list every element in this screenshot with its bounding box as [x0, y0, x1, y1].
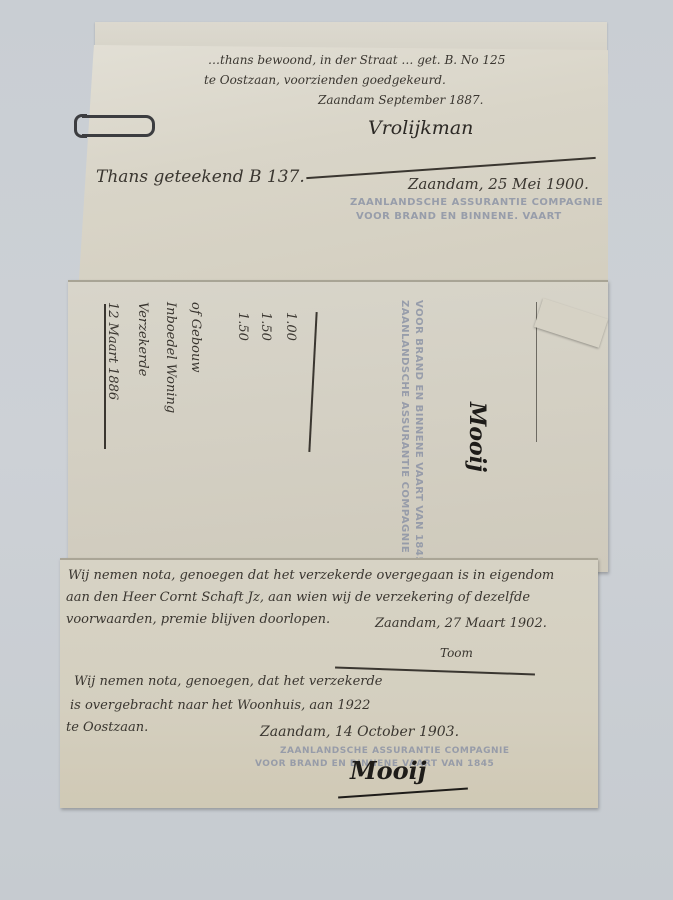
- paperclip-icon: [82, 115, 155, 137]
- amount: 1.50: [235, 312, 250, 341]
- document-top-panel: …thans bewoond, in der Straat … get. B. …: [78, 45, 608, 300]
- company-stamp-line: VOOR BRAND EN BINNENE VAART VAN 1845: [413, 300, 424, 564]
- ruled-line: [308, 312, 317, 452]
- rotated-text: Verzekerde: [135, 302, 150, 376]
- amount: 1.50: [258, 312, 273, 341]
- rotated-text: 12 Maart 1886: [105, 302, 120, 400]
- amount: 1.00: [283, 312, 298, 341]
- rotated-text: of Gebouw: [188, 302, 203, 373]
- document-middle-panel: 12 Maart 1886 Verzekerde Inboedel Woning…: [68, 280, 608, 572]
- handwritten-line: …thans bewoond, in der Straat … get. B. …: [208, 53, 505, 67]
- signature: Mooij: [464, 402, 490, 472]
- handwritten-date: Zaandam, 27 Maart 1902.: [375, 616, 547, 631]
- company-stamp-line: ZAANLANDSCHE ASSURANTIE COMPAGNIE: [350, 197, 603, 208]
- handwritten-line: Wij nemen nota, genoegen dat het verzeke…: [68, 568, 554, 583]
- signature-flourish: [338, 787, 468, 798]
- handwritten-date: Zaandam September 1887.: [318, 93, 483, 107]
- handwritten-note: Thans geteekend B 137.: [96, 167, 305, 187]
- signature: Vrolijkman: [368, 117, 473, 139]
- handwritten-line: Wij nemen nota, genoegen, dat het verzek…: [74, 674, 383, 689]
- rotated-text: Inboedel Woning: [163, 302, 178, 413]
- handwritten-line: te Oostzaan.: [66, 720, 148, 735]
- handwritten-line: voorwaarden, premie blijven doorlopen.: [66, 612, 330, 627]
- initials: Toom: [440, 646, 473, 660]
- company-stamp-line: VOOR BRAND EN BINNENE. VAART: [356, 211, 562, 222]
- signature: Mooij: [350, 756, 426, 785]
- handwritten-date: Zaandam, 14 October 1903.: [260, 724, 459, 740]
- company-stamp-line: ZAANLANDSCHE ASSURANTIE COMPAGNIE: [280, 746, 510, 756]
- ruled-line: [104, 304, 106, 449]
- handwritten-line: is overgebracht naar het Woonhuis, aan 1…: [70, 698, 370, 713]
- handwritten-line: aan den Heer Cornt Schaft Jz, aan wien w…: [66, 590, 530, 605]
- handwritten-line: te Oostzaan, voorzienden goedgekeurd.: [204, 73, 446, 87]
- handwritten-date: Zaandam, 25 Mei 1900.: [408, 175, 589, 193]
- company-stamp-line: ZAANLANDSCHE ASSURANTIE COMPAGNIE: [399, 300, 410, 553]
- document-bottom-panel: Wij nemen nota, genoegen dat het verzeke…: [60, 558, 598, 808]
